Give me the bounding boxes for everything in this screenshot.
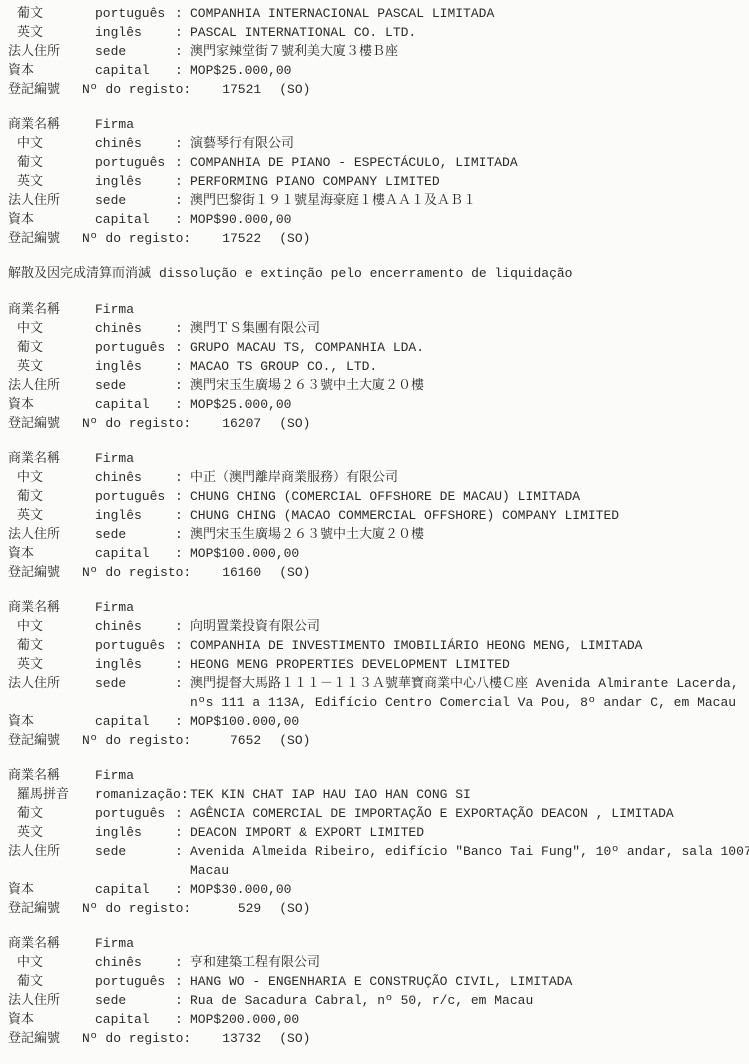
field-label-pt: capital xyxy=(95,395,175,414)
field-colon: : xyxy=(175,525,190,544)
field-label-pt: português xyxy=(95,4,175,23)
field-label-pt: sede xyxy=(95,525,175,544)
field-colon: : xyxy=(175,153,190,172)
field-value: MACAO TS GROUP CO., LTD. xyxy=(190,357,745,376)
registry-number: 7652 xyxy=(191,731,261,750)
field-value: CHUNG CHING (COMERCIAL OFFSHORE DE MACAU… xyxy=(190,487,745,506)
field-value: COMPANHIA DE INVESTIMENTO IMOBILIÁRIO HE… xyxy=(190,636,745,655)
field-row: 葡文português:GRUPO MACAU TS, COMPANHIA LD… xyxy=(8,338,745,357)
field-value-line: 澳門宋玉生廣場２６３號中土大廈２０樓 xyxy=(190,376,745,395)
field-value: COMPANHIA DE PIANO - ESPECTÁCULO, LIMITA… xyxy=(190,153,745,172)
field-colon: : xyxy=(175,712,190,731)
record-header-row: 商業名稱Firma xyxy=(8,300,745,319)
registry-number-row: 登記編號Nº do registo:529(SO) xyxy=(8,899,745,918)
field-label-pt: inglês xyxy=(95,357,175,376)
field-value-line: 澳門提督大馬路１１１－１１３Ａ號華寶商業中心八樓Ｃ座 Avenida Almir… xyxy=(190,674,745,693)
field-label-pt: português xyxy=(95,636,175,655)
field-value: MOP$200.000,00 xyxy=(190,1010,745,1029)
header-label-pt: Firma xyxy=(95,598,134,617)
field-value-line: MOP$90.000,00 xyxy=(190,210,745,229)
registry-suffix: (SO) xyxy=(279,414,310,433)
field-label-zh: 法人住所 xyxy=(8,376,95,395)
header-label-pt: Firma xyxy=(95,449,134,468)
record-header-row: 商業名稱Firma xyxy=(8,598,745,617)
field-value-line: 澳門家辣堂街７號利美大廈３樓Ｂ座 xyxy=(190,42,745,61)
field-label-zh: 羅馬拼音 xyxy=(8,785,95,804)
field-label-zh: 資本 xyxy=(8,210,95,229)
record-header-row: 商業名稱Firma xyxy=(8,115,745,134)
field-value: CHUNG CHING (MACAO COMMERCIAL OFFSHORE) … xyxy=(190,506,745,525)
field-colon: : xyxy=(175,4,190,23)
registry-label-zh: 登記編號 xyxy=(8,899,82,918)
registry-suffix: (SO) xyxy=(279,899,310,918)
field-value-line: 演藝琴行有限公司 xyxy=(190,134,745,153)
field-row: 英文inglês:MACAO TS GROUP CO., LTD. xyxy=(8,357,745,376)
registry-label-zh: 登記編號 xyxy=(8,414,82,433)
field-colon: : xyxy=(175,953,190,972)
registry-label-zh: 登記編號 xyxy=(8,563,82,582)
field-label-zh: 英文 xyxy=(8,357,95,376)
field-label-pt: romanização: xyxy=(95,785,190,804)
registry-suffix: (SO) xyxy=(279,229,310,248)
field-label-zh: 葡文 xyxy=(8,153,95,172)
field-label-pt: inglês xyxy=(95,506,175,525)
company-record-block: 商業名稱Firma中文chinês:亨和建築工程有限公司葡文português:… xyxy=(8,934,745,1048)
field-colon: : xyxy=(175,376,190,395)
field-value-line: nºs 111 a 113A, Edifício Centro Comercia… xyxy=(190,693,745,712)
field-value: COMPANHIA INTERNACIONAL PASCAL LIMITADA xyxy=(190,4,745,23)
field-value: 澳門ＴＳ集團有限公司 xyxy=(190,319,745,338)
header-label-pt: Firma xyxy=(95,115,134,134)
field-label-zh: 葡文 xyxy=(8,338,95,357)
field-row: 中文chinês:澳門ＴＳ集團有限公司 xyxy=(8,319,745,338)
field-label-pt: sede xyxy=(95,376,175,395)
field-label-pt: capital xyxy=(95,210,175,229)
field-colon: : xyxy=(175,991,190,1010)
field-value-line: MOP$25.000,00 xyxy=(190,61,745,80)
field-label-zh: 中文 xyxy=(8,953,95,972)
field-value-line: 亨和建築工程有限公司 xyxy=(190,953,745,972)
field-label-zh: 英文 xyxy=(8,823,95,842)
registry-number-row: 登記編號Nº do registo:16160(SO) xyxy=(8,563,745,582)
field-value-line: MOP$30.000,00 xyxy=(190,880,745,899)
field-value-line: MOP$100.000,00 xyxy=(190,544,745,563)
field-label-zh: 英文 xyxy=(8,23,95,42)
field-colon: : xyxy=(175,972,190,991)
registry-label-zh: 登記編號 xyxy=(8,731,82,750)
field-label-zh: 法人住所 xyxy=(8,991,95,1010)
field-label-pt: inglês xyxy=(95,172,175,191)
header-label-zh: 商業名稱 xyxy=(8,449,95,468)
field-row: 中文chinês:中正（澳門離岸商業服務）有限公司 xyxy=(8,468,745,487)
field-row: 葡文português:COMPANHIA DE PIANO - ESPECTÁ… xyxy=(8,153,745,172)
field-row: 法人住所sede:Avenida Almeida Ribeiro, edifíc… xyxy=(8,842,745,880)
field-label-pt: sede xyxy=(95,674,175,693)
field-colon: : xyxy=(175,395,190,414)
field-row: 法人住所sede:澳門提督大馬路１１１－１１３Ａ號華寶商業中心八樓Ｃ座 Aven… xyxy=(8,674,745,712)
field-colon: : xyxy=(175,210,190,229)
field-row: 英文inglês:CHUNG CHING (MACAO COMMERCIAL O… xyxy=(8,506,745,525)
field-label-zh: 葡文 xyxy=(8,804,95,823)
field-label-pt: chinês xyxy=(95,617,175,636)
field-value-line: GRUPO MACAU TS, COMPANHIA LDA. xyxy=(190,338,745,357)
field-value-line: PERFORMING PIANO COMPANY LIMITED xyxy=(190,172,745,191)
record-header-row: 商業名稱Firma xyxy=(8,934,745,953)
field-value-line: HEONG MENG PROPERTIES DEVELOPMENT LIMITE… xyxy=(190,655,745,674)
field-colon: : xyxy=(175,468,190,487)
field-row: 法人住所sede:澳門家辣堂街７號利美大廈３樓Ｂ座 xyxy=(8,42,745,61)
field-label-pt: capital xyxy=(95,61,175,80)
field-label-pt: chinês xyxy=(95,134,175,153)
field-label-zh: 中文 xyxy=(8,617,95,636)
field-row: 資本capital:MOP$100.000,00 xyxy=(8,544,745,563)
field-value-line: MOP$200.000,00 xyxy=(190,1010,745,1029)
field-colon: : xyxy=(175,1010,190,1029)
field-label-pt: capital xyxy=(95,712,175,731)
field-label-pt: sede xyxy=(95,42,175,61)
registry-suffix: (SO) xyxy=(279,80,310,99)
field-value-line: Macau xyxy=(190,861,745,880)
field-colon: : xyxy=(175,172,190,191)
field-row: 羅馬拼音romanização:TEK KIN CHAT IAP HAU IAO… xyxy=(8,785,745,804)
registry-number: 13732 xyxy=(191,1029,261,1048)
field-row: 英文inglês:PERFORMING PIANO COMPANY LIMITE… xyxy=(8,172,745,191)
field-value-line: COMPANHIA DE PIANO - ESPECTÁCULO, LIMITA… xyxy=(190,153,745,172)
field-label-zh: 法人住所 xyxy=(8,191,95,210)
field-label-zh: 資本 xyxy=(8,1010,95,1029)
field-label-pt: português xyxy=(95,153,175,172)
registry-number: 17522 xyxy=(191,229,261,248)
field-value: 亨和建築工程有限公司 xyxy=(190,953,745,972)
field-value: AGÊNCIA COMERCIAL DE IMPORTAÇÃO E EXPORT… xyxy=(190,804,745,823)
field-label-zh: 葡文 xyxy=(8,487,95,506)
field-row: 資本capital:MOP$25.000,00 xyxy=(8,395,745,414)
field-label-zh: 中文 xyxy=(8,468,95,487)
field-value: 澳門宋玉生廣場２６３號中土大廈２０樓 xyxy=(190,376,745,395)
field-value: MOP$25.000,00 xyxy=(190,395,745,414)
field-row: 英文inglês:PASCAL INTERNATIONAL CO. LTD. xyxy=(8,23,745,42)
field-value-line: Avenida Almeida Ribeiro, edifício "Banco… xyxy=(190,842,745,861)
field-value-line: COMPANHIA INTERNACIONAL PASCAL LIMITADA xyxy=(190,4,745,23)
field-label-pt: sede xyxy=(95,191,175,210)
field-label-zh: 中文 xyxy=(8,134,95,153)
field-value-line: TEK KIN CHAT IAP HAU IAO HAN CONG SI xyxy=(190,785,745,804)
field-colon: : xyxy=(175,42,190,61)
field-value-line: MOP$100.000,00 xyxy=(190,712,745,731)
field-colon: : xyxy=(175,655,190,674)
registry-label-pt: Nº do registo: xyxy=(82,80,191,99)
registry-number-row: 登記編號Nº do registo:17522(SO) xyxy=(8,229,745,248)
field-value-line: AGÊNCIA COMERCIAL DE IMPORTAÇÃO E EXPORT… xyxy=(190,804,745,823)
field-colon: : xyxy=(175,880,190,899)
field-label-zh: 法人住所 xyxy=(8,674,95,693)
field-label-pt: inglês xyxy=(95,23,175,42)
field-colon: : xyxy=(175,617,190,636)
field-colon: : xyxy=(175,506,190,525)
field-row: 法人住所sede:澳門巴黎街１９１號星海豪庭１樓ＡＡ１及ＡＢ１ xyxy=(8,191,745,210)
field-label-zh: 葡文 xyxy=(8,972,95,991)
registry-number: 16160 xyxy=(191,563,261,582)
registry-number-row: 登記編號Nº do registo:16207(SO) xyxy=(8,414,745,433)
field-value: TEK KIN CHAT IAP HAU IAO HAN CONG SI xyxy=(190,785,745,804)
field-label-pt: sede xyxy=(95,991,175,1010)
registry-suffix: (SO) xyxy=(279,731,310,750)
field-row: 資本capital:MOP$100.000,00 xyxy=(8,712,745,731)
record-header-row: 商業名稱Firma xyxy=(8,449,745,468)
section-divider-zh: 解散及因完成清算而消滅 xyxy=(8,266,151,281)
registry-suffix: (SO) xyxy=(279,563,310,582)
header-label-zh: 商業名稱 xyxy=(8,766,95,785)
field-value: 澳門家辣堂街７號利美大廈３樓Ｂ座 xyxy=(190,42,745,61)
field-value-line: CHUNG CHING (COMERCIAL OFFSHORE DE MACAU… xyxy=(190,487,745,506)
header-label-zh: 商業名稱 xyxy=(8,598,95,617)
registry-suffix: (SO) xyxy=(279,1029,310,1048)
field-colon: : xyxy=(175,338,190,357)
registry-label-zh: 登記編號 xyxy=(8,1029,82,1048)
header-label-zh: 商業名稱 xyxy=(8,300,95,319)
registry-label-zh: 登記編號 xyxy=(8,80,82,99)
field-value-line: MOP$25.000,00 xyxy=(190,395,745,414)
field-colon: : xyxy=(175,134,190,153)
company-record-block: 葡文português:COMPANHIA INTERNACIONAL PASC… xyxy=(8,4,745,99)
field-label-pt: capital xyxy=(95,1010,175,1029)
field-label-zh: 資本 xyxy=(8,395,95,414)
field-label-zh: 資本 xyxy=(8,544,95,563)
field-label-zh: 資本 xyxy=(8,880,95,899)
field-label-zh: 英文 xyxy=(8,506,95,525)
registry-number: 529 xyxy=(191,899,261,918)
field-value: MOP$30.000,00 xyxy=(190,880,745,899)
field-row: 葡文português:HANG WO - ENGENHARIA E CONST… xyxy=(8,972,745,991)
field-colon: : xyxy=(175,674,190,693)
field-label-pt: sede xyxy=(95,842,175,861)
registry-number-row: 登記編號Nº do registo:17521(SO) xyxy=(8,80,745,99)
company-record-block: 商業名稱Firma中文chinês:向明置業投資有限公司葡文português:… xyxy=(8,598,745,750)
field-value: 向明置業投資有限公司 xyxy=(190,617,745,636)
field-value: PASCAL INTERNATIONAL CO. LTD. xyxy=(190,23,745,42)
field-value: GRUPO MACAU TS, COMPANHIA LDA. xyxy=(190,338,745,357)
field-value-line: 中正（澳門離岸商業服務）有限公司 xyxy=(190,468,745,487)
field-label-zh: 中文 xyxy=(8,319,95,338)
header-label-zh: 商業名稱 xyxy=(8,934,95,953)
field-value: MOP$100.000,00 xyxy=(190,544,745,563)
field-row: 法人住所sede:澳門宋玉生廣場２６３號中土大廈２０樓 xyxy=(8,525,745,544)
field-label-pt: português xyxy=(95,972,175,991)
field-value-line: 向明置業投資有限公司 xyxy=(190,617,745,636)
field-row: 法人住所sede:Rua de Sacadura Cabral, nº 50, … xyxy=(8,991,745,1010)
field-row: 資本capital:MOP$200.000,00 xyxy=(8,1010,745,1029)
field-value-line: HANG WO - ENGENHARIA E CONSTRUÇÃO CIVIL,… xyxy=(190,972,745,991)
field-value: 澳門提督大馬路１１１－１１３Ａ號華寶商業中心八樓Ｃ座 Avenida Almir… xyxy=(190,674,745,712)
field-value: 演藝琴行有限公司 xyxy=(190,134,745,153)
field-row: 葡文português:COMPANHIA INTERNACIONAL PASC… xyxy=(8,4,745,23)
registry-label-pt: Nº do registo: xyxy=(82,1029,191,1048)
field-colon: : xyxy=(175,544,190,563)
header-label-pt: Firma xyxy=(95,300,134,319)
field-value-line: 澳門巴黎街１９１號星海豪庭１樓ＡＡ１及ＡＢ１ xyxy=(190,191,745,210)
field-row: 葡文português:CHUNG CHING (COMERCIAL OFFSH… xyxy=(8,487,745,506)
registry-label-zh: 登記編號 xyxy=(8,229,82,248)
field-colon: : xyxy=(175,357,190,376)
company-record-block: 商業名稱Firma羅馬拼音romanização:TEK KIN CHAT IA… xyxy=(8,766,745,918)
field-colon: : xyxy=(175,636,190,655)
field-colon: : xyxy=(175,842,190,861)
field-label-pt: chinês xyxy=(95,319,175,338)
company-record-block: 商業名稱Firma中文chinês:中正（澳門離岸商業服務）有限公司葡文port… xyxy=(8,449,745,582)
registry-number-row: 登記編號Nº do registo:7652(SO) xyxy=(8,731,745,750)
field-row: 法人住所sede:澳門宋玉生廣場２６３號中土大廈２０樓 xyxy=(8,376,745,395)
field-row: 中文chinês:演藝琴行有限公司 xyxy=(8,134,745,153)
field-colon: : xyxy=(175,487,190,506)
field-value-line: MACAO TS GROUP CO., LTD. xyxy=(190,357,745,376)
field-value: 中正（澳門離岸商業服務）有限公司 xyxy=(190,468,745,487)
field-label-zh: 英文 xyxy=(8,655,95,674)
field-label-pt: português xyxy=(95,487,175,506)
header-label-zh: 商業名稱 xyxy=(8,115,95,134)
registry-label-pt: Nº do registo: xyxy=(82,414,191,433)
field-value: MOP$100.000,00 xyxy=(190,712,745,731)
field-value: HANG WO - ENGENHARIA E CONSTRUÇÃO CIVIL,… xyxy=(190,972,745,991)
registry-label-pt: Nº do registo: xyxy=(82,229,191,248)
field-value-line: CHUNG CHING (MACAO COMMERCIAL OFFSHORE) … xyxy=(190,506,745,525)
section-divider-pt: dissolução e extinção pelo encerramento … xyxy=(159,266,572,281)
registry-label-pt: Nº do registo: xyxy=(82,731,191,750)
header-label-pt: Firma xyxy=(95,934,134,953)
field-value-line: DEACON IMPORT & EXPORT LIMITED xyxy=(190,823,745,842)
field-row: 資本capital:MOP$25.000,00 xyxy=(8,61,745,80)
field-label-zh: 葡文 xyxy=(8,636,95,655)
field-value: MOP$25.000,00 xyxy=(190,61,745,80)
field-label-zh: 法人住所 xyxy=(8,525,95,544)
field-row: 中文chinês:向明置業投資有限公司 xyxy=(8,617,745,636)
field-value: MOP$90.000,00 xyxy=(190,210,745,229)
header-label-pt: Firma xyxy=(95,766,134,785)
registry-label-pt: Nº do registo: xyxy=(82,899,191,918)
field-value: PERFORMING PIANO COMPANY LIMITED xyxy=(190,172,745,191)
field-value-line: COMPANHIA DE INVESTIMENTO IMOBILIÁRIO HE… xyxy=(190,636,745,655)
field-colon: : xyxy=(175,23,190,42)
field-row: 英文inglês:HEONG MENG PROPERTIES DEVELOPME… xyxy=(8,655,745,674)
field-colon: : xyxy=(175,61,190,80)
field-label-pt: capital xyxy=(95,880,175,899)
section-divider: 解散及因完成清算而消滅dissolução e extinção pelo en… xyxy=(8,264,745,283)
gazette-registry-page: 葡文português:COMPANHIA INTERNACIONAL PASC… xyxy=(0,0,749,1048)
registry-number: 16207 xyxy=(191,414,261,433)
field-label-zh: 資本 xyxy=(8,61,95,80)
field-value: DEACON IMPORT & EXPORT LIMITED xyxy=(190,823,745,842)
field-value: Rua de Sacadura Cabral, nº 50, r/c, em M… xyxy=(190,991,745,1010)
field-value-line: PASCAL INTERNATIONAL CO. LTD. xyxy=(190,23,745,42)
record-header-row: 商業名稱Firma xyxy=(8,766,745,785)
registry-label-pt: Nº do registo: xyxy=(82,563,191,582)
registry-number-row: 登記編號Nº do registo:13732(SO) xyxy=(8,1029,745,1048)
field-value-line: 澳門宋玉生廣場２６３號中土大廈２０樓 xyxy=(190,525,745,544)
field-value-line: Rua de Sacadura Cabral, nº 50, r/c, em M… xyxy=(190,991,745,1010)
field-label-pt: inglês xyxy=(95,655,175,674)
field-colon: : xyxy=(175,319,190,338)
field-row: 中文chinês:亨和建築工程有限公司 xyxy=(8,953,745,972)
field-value: 澳門巴黎街１９１號星海豪庭１樓ＡＡ１及ＡＢ１ xyxy=(190,191,745,210)
field-label-pt: chinês xyxy=(95,468,175,487)
field-label-pt: chinês xyxy=(95,953,175,972)
field-label-pt: português xyxy=(95,804,175,823)
field-value-line: 澳門ＴＳ集團有限公司 xyxy=(190,319,745,338)
field-row: 英文inglês:DEACON IMPORT & EXPORT LIMITED xyxy=(8,823,745,842)
field-label-zh: 資本 xyxy=(8,712,95,731)
field-row: 資本capital:MOP$30.000,00 xyxy=(8,880,745,899)
field-row: 資本capital:MOP$90.000,00 xyxy=(8,210,745,229)
field-value: 澳門宋玉生廣場２６３號中土大廈２０樓 xyxy=(190,525,745,544)
field-value: Avenida Almeida Ribeiro, edifício "Banco… xyxy=(190,842,745,880)
company-record-block: 商業名稱Firma中文chinês:演藝琴行有限公司葡文português:CO… xyxy=(8,115,745,248)
field-value: HEONG MENG PROPERTIES DEVELOPMENT LIMITE… xyxy=(190,655,745,674)
field-colon: : xyxy=(175,191,190,210)
field-row: 葡文português:AGÊNCIA COMERCIAL DE IMPORTA… xyxy=(8,804,745,823)
company-record-block: 商業名稱Firma中文chinês:澳門ＴＳ集團有限公司葡文português:… xyxy=(8,300,745,433)
field-label-zh: 法人住所 xyxy=(8,842,95,861)
field-label-zh: 法人住所 xyxy=(8,42,95,61)
field-label-zh: 葡文 xyxy=(8,4,95,23)
field-label-pt: português xyxy=(95,338,175,357)
field-row: 葡文português:COMPANHIA DE INVESTIMENTO IM… xyxy=(8,636,745,655)
field-label-pt: inglês xyxy=(95,823,175,842)
field-label-pt: capital xyxy=(95,544,175,563)
field-colon: : xyxy=(175,804,190,823)
registry-number: 17521 xyxy=(191,80,261,99)
field-colon: : xyxy=(175,823,190,842)
field-label-zh: 英文 xyxy=(8,172,95,191)
